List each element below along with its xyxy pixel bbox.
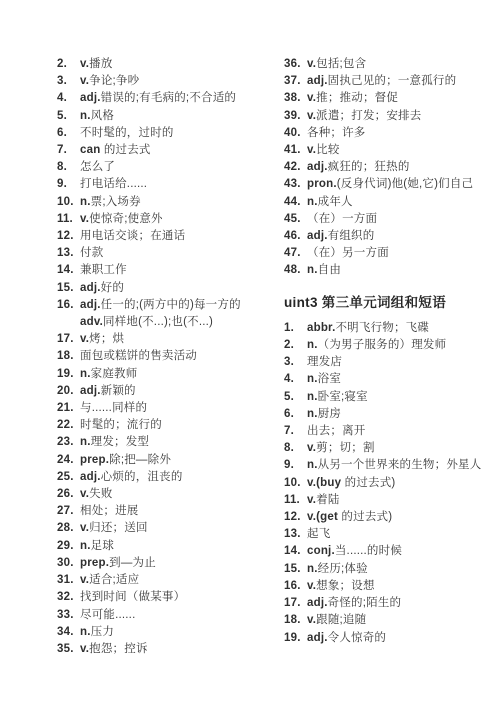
- list-item: 17.v.烤；烘: [57, 331, 265, 348]
- item-definition-text: 从另一个世界来的生物；外星人: [318, 459, 482, 471]
- item-definition-text: 有组织的: [328, 230, 375, 242]
- item-pos-abbreviation: v.: [307, 442, 316, 454]
- item-number: 47.: [284, 245, 307, 262]
- item-definition-text: 压力: [91, 626, 114, 638]
- list-item: 42.adj.疯狂的；狂热的: [284, 159, 488, 176]
- list-item: 31.v.适合;适应: [57, 572, 265, 589]
- item-pos-abbreviation: adj.: [307, 632, 328, 644]
- item-definition-text: 的过去式: [100, 144, 150, 156]
- item-number: 11.: [284, 492, 307, 509]
- item-definition-text: 失败: [89, 488, 112, 500]
- item-pos-abbreviation: n.: [80, 196, 91, 208]
- list-item: 13.付款: [57, 245, 265, 262]
- item-pos-abbreviation: n.: [307, 339, 318, 351]
- item-pos-abbreviation: v.: [80, 333, 89, 345]
- list-item: 34.n.压力: [57, 624, 265, 641]
- item-definition-text: 错误的;有毛病的;不合适的: [101, 92, 237, 104]
- item-definition-text: 付款: [80, 247, 103, 259]
- item-number: 19.: [284, 630, 307, 647]
- item-definition-text: 派遣；打发；安排去: [316, 110, 421, 122]
- list-item: 41.v.比较: [284, 142, 488, 159]
- item-number: 41.: [284, 142, 307, 159]
- item-number: 36.: [284, 56, 307, 73]
- list-item: 10.v.(buy 的过去式): [284, 475, 488, 492]
- vocab-list-right-top-items: 36.v.包括;包含37.adj.固执己见的；一意孤行的38.v.推；推动；督促…: [284, 56, 488, 280]
- item-number: 6.: [57, 125, 80, 142]
- item-definition-text: 卧室;寝室: [318, 391, 368, 403]
- item-number: 42.: [284, 159, 307, 176]
- item-definition-text: 经历;体验: [318, 563, 368, 575]
- list-item: 1.abbr.不明飞行物；飞碟: [284, 320, 488, 337]
- item-definition-text: 播放: [89, 58, 112, 70]
- item-definition-text: (反身代词)他(她,它)们自己: [337, 178, 474, 190]
- item-pos-abbreviation: v.: [307, 92, 316, 104]
- item-pos-abbreviation: pron.: [307, 178, 337, 190]
- list-item: 3.v.争论;争吵: [57, 73, 265, 90]
- item-pos-abbreviation: n.: [307, 391, 318, 403]
- item-number: 5.: [284, 389, 307, 406]
- item-number: 8.: [284, 440, 307, 457]
- item-number: 14.: [57, 262, 80, 279]
- list-item: 45.（在）一方面: [284, 211, 488, 228]
- item-pos-abbreviation: adj.: [80, 385, 101, 397]
- item-pos-abbreviation: n.: [80, 368, 91, 380]
- item-pos-abbreviation: adj.: [307, 597, 328, 609]
- item-number: 5.: [57, 108, 80, 125]
- item-definition-text: 奇怪的;陌生的: [328, 597, 402, 609]
- list-item: 27.相处；进展: [57, 503, 265, 520]
- item-pos-abbreviation: n.: [80, 110, 91, 122]
- list-item: 4.n.浴室: [284, 371, 488, 388]
- item-number: 16.: [57, 297, 80, 314]
- item-definition-text: 新颖的: [101, 385, 136, 397]
- item-number: 13.: [57, 245, 80, 262]
- item-definition-text: 不时髦的，过时的: [80, 127, 174, 139]
- item-pos-abbreviation: v.: [307, 110, 316, 122]
- item-number: 43.: [284, 176, 307, 193]
- item-definition-text: 起飞: [307, 528, 330, 540]
- list-item: 12.用电话交谈；在通话: [57, 228, 265, 245]
- list-item: 7.出去；离开: [284, 423, 488, 440]
- item-definition-text: 同样地(不...);也(不...): [103, 316, 213, 328]
- list-item: 39.v.派遣；打发；安排去: [284, 108, 488, 125]
- item-definition-text: （在）一方面: [307, 213, 377, 225]
- list-item: 38.v.推；推动；督促: [284, 90, 488, 107]
- item-pos-abbreviation: prep.: [80, 557, 109, 569]
- item-number: 35.: [57, 641, 80, 658]
- item-definition-text: 的过去式): [338, 511, 392, 523]
- item-pos-abbreviation: n.: [80, 540, 91, 552]
- list-item: 6.n.厨房: [284, 406, 488, 423]
- item-pos-abbreviation: n.: [307, 373, 318, 385]
- document-page: 2.v.播放3.v.争论;争吵4.adj.错误的;有毛病的;不合适的5.n.风格…: [0, 0, 500, 706]
- list-item: 20.adj.新颖的: [57, 383, 265, 400]
- item-definition-text: 出去；离开: [307, 425, 366, 437]
- list-item: 40.各种；许多: [284, 125, 488, 142]
- item-definition-text: 理发店: [307, 356, 342, 368]
- item-number: 28.: [57, 520, 80, 537]
- item-pos-abbreviation: prep.: [80, 454, 109, 466]
- list-item: 18.面包或糕饼的售卖活动: [57, 348, 265, 365]
- list-item: 32.找到时间（做某事）: [57, 589, 265, 606]
- item-pos-abbreviation: n.: [307, 563, 318, 575]
- list-item: 16.v.想象；设想: [284, 578, 488, 595]
- item-pos-abbreviation: can: [80, 144, 100, 156]
- item-definition-text: 剪；切；割: [316, 442, 375, 454]
- item-pos-abbreviation: conj.: [307, 545, 335, 557]
- item-definition-text: 尽可能......: [80, 609, 135, 621]
- unit3-section-header: uint3 第三单元词组和短语: [284, 294, 488, 311]
- item-number: 4.: [284, 371, 307, 388]
- item-definition-text: 着陆: [316, 494, 339, 506]
- item-definition-text: 时髦的；流行的: [80, 419, 162, 431]
- item-number: 7.: [284, 423, 307, 440]
- item-pos-abbreviation: v.: [80, 213, 89, 225]
- list-item: 10.n.票;入场券: [57, 194, 265, 211]
- item-pos-abbreviation: v.: [80, 75, 89, 87]
- item-pos-abbreviation: v.(get: [307, 511, 338, 523]
- item-number: 9.: [57, 176, 80, 193]
- item-definition-text: 面包或糕饼的售卖活动: [80, 350, 197, 362]
- item-number: 15.: [57, 280, 80, 297]
- item-pos-abbreviation: n.: [80, 626, 91, 638]
- item-pos-abbreviation: adj.: [80, 299, 101, 311]
- item-number: 1.: [284, 320, 307, 337]
- item-definition-text: 包括;包含: [316, 58, 366, 70]
- list-item: 7.can 的过去式: [57, 142, 265, 159]
- item-definition-text: 抱怨；控诉: [89, 643, 148, 655]
- item-pos-abbreviation: n.: [307, 196, 318, 208]
- list-item: 15.adj.好的: [57, 280, 265, 297]
- item-definition-text: （在）另一方面: [307, 247, 389, 259]
- item-definition-text: 理发；发型: [91, 436, 150, 448]
- list-item: 14.兼职工作: [57, 262, 265, 279]
- item-number: 4.: [57, 90, 80, 107]
- item-number: 12.: [284, 509, 307, 526]
- item-definition-text: 除;把—除外: [109, 454, 171, 466]
- item-pos-abbreviation: adj.: [80, 471, 101, 483]
- item-number: 45.: [284, 211, 307, 228]
- list-item: 12.v.(get 的过去式): [284, 509, 488, 526]
- item-definition-text: 成年人: [318, 196, 353, 208]
- list-item: 14.conj.当......的时候: [284, 543, 488, 560]
- item-definition-text: 到—为止: [109, 557, 156, 569]
- list-item: 19.n.家庭教师: [57, 366, 265, 383]
- list-item: 37.adj.固执己见的；一意孤行的: [284, 73, 488, 90]
- item-definition-text: 适合;适应: [89, 574, 139, 586]
- item-number: 33.: [57, 607, 80, 624]
- list-item: 25.adj.心烦的，沮丧的: [57, 469, 265, 486]
- item-pos-abbreviation: n.: [80, 436, 91, 448]
- item-definition-text: 怎么了: [80, 161, 115, 173]
- item-number: 40.: [284, 125, 307, 142]
- item-number: 12.: [57, 228, 80, 245]
- list-item: 9.打电话给......: [57, 176, 265, 193]
- item-pos-abbreviation: v.: [80, 58, 89, 70]
- list-item: 24.prep.除;把—除外: [57, 452, 265, 469]
- item-pos-abbreviation: v.: [80, 488, 89, 500]
- item-number: 16.: [284, 578, 307, 595]
- item-definition-text: 与......同样的: [80, 402, 147, 414]
- item-number: 8.: [57, 159, 80, 176]
- item-number: 14.: [284, 543, 307, 560]
- list-item: 44.n.成年人: [284, 194, 488, 211]
- item-number: 18.: [57, 348, 80, 365]
- list-item: 5.n.风格: [57, 108, 265, 125]
- item-definition-text: 浴室: [318, 373, 341, 385]
- item-pos-abbreviation: adj.: [307, 161, 328, 173]
- list-item: 43.pron.(反身代词)他(她,它)们自己: [284, 176, 488, 193]
- list-item: 4.adj.错误的;有毛病的;不合适的: [57, 90, 265, 107]
- item-definition-text: 各种；许多: [307, 127, 366, 139]
- item-pos-abbreviation: n.: [307, 459, 318, 471]
- item-pos-abbreviation: n.: [307, 264, 318, 276]
- item-number: 32.: [57, 589, 80, 606]
- list-item: 15.n.经历;体验: [284, 561, 488, 578]
- item-number: 37.: [284, 73, 307, 90]
- item-number: 38.: [284, 90, 307, 107]
- item-number: 25.: [57, 469, 80, 486]
- item-number: 27.: [57, 503, 80, 520]
- item-definition-text: 任一的;(两方中的)每一方的: [101, 299, 241, 311]
- list-item: 16.adj.任一的;(两方中的)每一方的adv.同样地(不...);也(不..…: [57, 297, 265, 331]
- item-number: 24.: [57, 452, 80, 469]
- item-definition-text: 当......的时候: [335, 545, 402, 557]
- list-item: 17.adj.奇怪的;陌生的: [284, 595, 488, 612]
- item-definition-text: 疯狂的；狂热的: [328, 161, 410, 173]
- item-definition-text: 想象；设想: [316, 580, 375, 592]
- item-pos-abbreviation: v.: [80, 643, 89, 655]
- item-definition-text: 推；推动；督促: [316, 92, 398, 104]
- item-definition-text: 归还；送回: [89, 522, 148, 534]
- item-number: 46.: [284, 228, 307, 245]
- item-number: 30.: [57, 555, 80, 572]
- item-pos-abbreviation: adj.: [80, 282, 101, 294]
- item-number: 26.: [57, 486, 80, 503]
- item-number: 17.: [57, 331, 80, 348]
- vocab-list-unit3-items: 1.abbr.不明飞行物；飞碟2.n.（为男子服务的）理发师3.理发店4.n.浴…: [284, 320, 488, 647]
- item-definition-text: 足球: [91, 540, 114, 552]
- list-item: 2.v.播放: [57, 56, 265, 73]
- item-number: 2.: [284, 337, 307, 354]
- item-definition-text: 好的: [101, 282, 124, 294]
- item-pos-abbreviation: adv.: [80, 316, 103, 328]
- item-definition-text: 厨房: [318, 408, 341, 420]
- item-pos-abbreviation: v.: [307, 580, 316, 592]
- item-definition-text: 用电话交谈；在通话: [80, 230, 185, 242]
- item-definition-text: 相处；进展: [80, 505, 139, 517]
- item-number: 48.: [284, 262, 307, 279]
- item-pos-abbreviation: adj.: [307, 230, 328, 242]
- item-definition-text: 家庭教师: [91, 368, 138, 380]
- item-definition-text: 兼职工作: [80, 264, 127, 276]
- item-number: 11.: [57, 211, 80, 228]
- item-number: 6.: [284, 406, 307, 423]
- item-pos-abbreviation: adj.: [307, 75, 328, 87]
- list-item: 13.起飞: [284, 526, 488, 543]
- item-definition-text: 比较: [316, 144, 339, 156]
- list-item: 6.不时髦的，过时的: [57, 125, 265, 142]
- item-number: 9.: [284, 457, 307, 474]
- list-item: 35.v.抱怨；控诉: [57, 641, 265, 658]
- item-definition-text: 的过去式): [341, 477, 395, 489]
- item-definition-text: 跟随;追随: [316, 614, 366, 626]
- item-definition-text: 争论;争吵: [89, 75, 139, 87]
- list-item: 3.理发店: [284, 354, 488, 371]
- item-pos-abbreviation: v.(buy: [307, 477, 341, 489]
- item-pos-abbreviation: v.: [307, 58, 316, 70]
- item-pos-abbreviation: v.: [307, 494, 316, 506]
- list-item: 36.v.包括;包含: [284, 56, 488, 73]
- list-item: 23.n.理发；发型: [57, 434, 265, 451]
- list-item: 29.n.足球: [57, 538, 265, 555]
- item-number: 20.: [57, 383, 80, 400]
- item-number: 15.: [284, 561, 307, 578]
- item-definition-text: 令人惊奇的: [328, 632, 387, 644]
- item-number: 44.: [284, 194, 307, 211]
- list-item: 48.n.自由: [284, 262, 488, 279]
- vocab-list-left-items: 2.v.播放3.v.争论;争吵4.adj.错误的;有毛病的;不合适的5.n.风格…: [57, 56, 265, 658]
- item-pos-abbreviation: abbr.: [307, 322, 335, 334]
- list-item: 8.怎么了: [57, 159, 265, 176]
- item-number: 2.: [57, 56, 80, 73]
- item-number: 10.: [284, 475, 307, 492]
- item-definition-text: 心烦的，沮丧的: [101, 471, 183, 483]
- item-number: 34.: [57, 624, 80, 641]
- item-pos-abbreviation: adj.: [80, 92, 101, 104]
- item-number: 10.: [57, 194, 80, 211]
- list-item: 9.n.从另一个世界来的生物；外星人: [284, 457, 488, 474]
- list-item: 22.时髦的；流行的: [57, 417, 265, 434]
- list-item: 19.adj.令人惊奇的: [284, 630, 488, 647]
- list-item: 47.（在）另一方面: [284, 245, 488, 262]
- vocab-list-left-column: 2.v.播放3.v.争论;争吵4.adj.错误的;有毛病的;不合适的5.n.风格…: [57, 56, 265, 658]
- list-item: 11.v.着陆: [284, 492, 488, 509]
- item-number: 18.: [284, 612, 307, 629]
- item-number: 3.: [57, 73, 80, 90]
- list-item: 30.prep.到—为止: [57, 555, 265, 572]
- list-item: 46.adj.有组织的: [284, 228, 488, 245]
- item-number: 39.: [284, 108, 307, 125]
- item-number: 17.: [284, 595, 307, 612]
- list-item: 2.n.（为男子服务的）理发师: [284, 337, 488, 354]
- item-definition-text: 固执己见的；一意孤行的: [328, 75, 457, 87]
- item-definition-text: 自由: [318, 264, 341, 276]
- item-number: 22.: [57, 417, 80, 434]
- item-number: 29.: [57, 538, 80, 555]
- vocab-list-right-column: 36.v.包括;包含37.adj.固执己见的；一意孤行的38.v.推；推动；督促…: [284, 56, 488, 647]
- item-pos-abbreviation: n.: [307, 408, 318, 420]
- list-item: 26.v.失败: [57, 486, 265, 503]
- item-number: 7.: [57, 142, 80, 159]
- item-definition-text: 找到时间（做某事）: [80, 591, 185, 603]
- item-definition-text: 风格: [91, 110, 114, 122]
- item-definition-text: 烤；烘: [89, 333, 124, 345]
- item-definition-text: 打电话给......: [80, 178, 147, 190]
- item-definition-text: 票;入场券: [91, 196, 141, 208]
- item-pos-abbreviation: v.: [80, 574, 89, 586]
- item-definition-text: 不明飞行物；飞碟: [335, 322, 429, 334]
- list-item: 11.v.使惊奇;使意外: [57, 211, 265, 228]
- item-pos-abbreviation: v.: [80, 522, 89, 534]
- list-item: 21.与......同样的: [57, 400, 265, 417]
- list-item: 28.v.归还；送回: [57, 520, 265, 537]
- list-item: 33.尽可能......: [57, 607, 265, 624]
- item-number: 3.: [284, 354, 307, 371]
- item-number: 31.: [57, 572, 80, 589]
- item-number: 19.: [57, 366, 80, 383]
- list-item: 18.v.跟随;追随: [284, 612, 488, 629]
- list-item: 5.n.卧室;寝室: [284, 389, 488, 406]
- item-pos-abbreviation: v.: [307, 144, 316, 156]
- list-item: 8.v.剪；切；割: [284, 440, 488, 457]
- item-definition-text: （为男子服务的）理发师: [318, 339, 447, 351]
- item-number: 13.: [284, 526, 307, 543]
- item-pos-abbreviation: v.: [307, 614, 316, 626]
- item-number: 21.: [57, 400, 80, 417]
- item-number: 23.: [57, 434, 80, 451]
- item-definition-text: 使惊奇;使意外: [89, 213, 163, 225]
